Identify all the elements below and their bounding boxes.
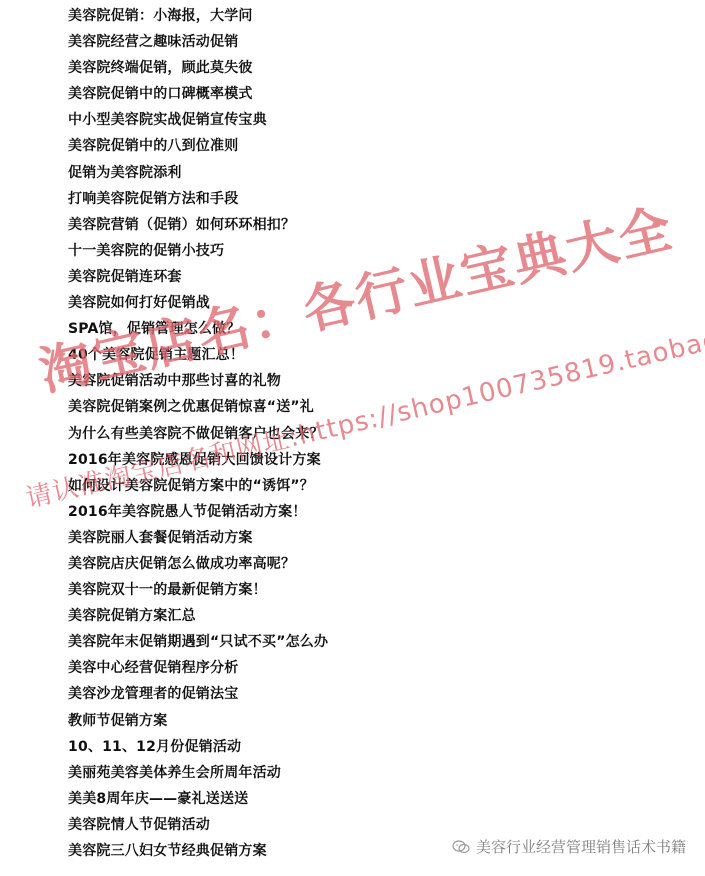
article-title[interactable]: 为什么有些美容院不做促销客户也会来？ (68, 423, 328, 449)
article-title[interactable]: 2016年美容院感恩促销大回馈设计方案 (68, 449, 328, 475)
article-title[interactable]: 美容院促销活动中那些讨喜的礼物 (68, 370, 328, 396)
article-title[interactable]: 美容院情人节促销活动 (68, 814, 328, 840)
article-title[interactable]: 美容中心经营促销程序分析 (68, 657, 328, 683)
article-title[interactable]: 美容院店庆促销怎么做成功率高呢？ (68, 553, 328, 579)
article-title[interactable]: 美容院促销连环套 (68, 266, 328, 292)
article-title[interactable]: 十一美容院的促销小技巧 (68, 240, 328, 266)
article-title[interactable]: 美容沙龙管理者的促销法宝 (68, 683, 328, 709)
article-title[interactable]: 40个美容院促销主题汇总！ (68, 344, 328, 370)
article-title-list: 美容院促销：小海报，大学问 美容院经营之趣味活动促销 美容院终端促销，顾此莫失彼… (68, 5, 328, 866)
article-title[interactable]: 美容院经营之趣味活动促销 (68, 31, 328, 57)
article-title[interactable]: SPA馆，促销管理怎么做？ (68, 318, 328, 344)
wechat-account-name: 美容行业经营管理销售话术书籍 (476, 836, 686, 857)
article-title[interactable]: 美美8周年庆——豪礼送送送 (68, 788, 328, 814)
article-title[interactable]: 美丽苑美容美体养生会所周年活动 (68, 762, 328, 788)
article-title[interactable]: 美容院终端促销，顾此莫失彼 (68, 57, 328, 83)
article-title[interactable]: 美容院双十一的最新促销方案！ (68, 579, 328, 605)
article-title[interactable]: 美容院丽人套餐促销活动方案 (68, 527, 328, 553)
article-title[interactable]: 10、11、12月份促销活动 (68, 736, 328, 762)
article-title[interactable]: 美容院营销（促销）如何环环相扣？ (68, 214, 328, 240)
article-title[interactable]: 美容院如何打好促销战 (68, 292, 328, 318)
article-title[interactable]: 美容院促销中的八到位准则 (68, 135, 328, 161)
article-title[interactable]: 中小型美容院实战促销宣传宝典 (68, 109, 328, 135)
wechat-icon (452, 840, 470, 854)
article-title[interactable]: 教师节促销方案 (68, 710, 328, 736)
article-title[interactable]: 美容院促销案例之优惠促销惊喜“送”礼 (68, 396, 328, 422)
article-title[interactable]: 美容院促销中的口碑概率模式 (68, 83, 328, 109)
article-title[interactable]: 美容院三八妇女节经典促销方案 (68, 840, 328, 866)
wechat-account-footer: 美容行业经营管理销售话术书籍 (452, 836, 686, 857)
article-title[interactable]: 美容院促销：小海报，大学问 (68, 5, 328, 31)
article-title[interactable]: 如何设计美容院促销方案中的“诱饵”？ (68, 475, 328, 501)
article-title[interactable]: 美容院促销方案汇总 (68, 605, 328, 631)
article-title[interactable]: 促销为美容院添利 (68, 162, 328, 188)
article-title[interactable]: 2016年美容院愚人节促销活动方案！ (68, 501, 328, 527)
article-title[interactable]: 美容院年末促销期遇到“只试不买”怎么办 (68, 631, 328, 657)
article-title[interactable]: 打响美容院促销方法和手段 (68, 188, 328, 214)
